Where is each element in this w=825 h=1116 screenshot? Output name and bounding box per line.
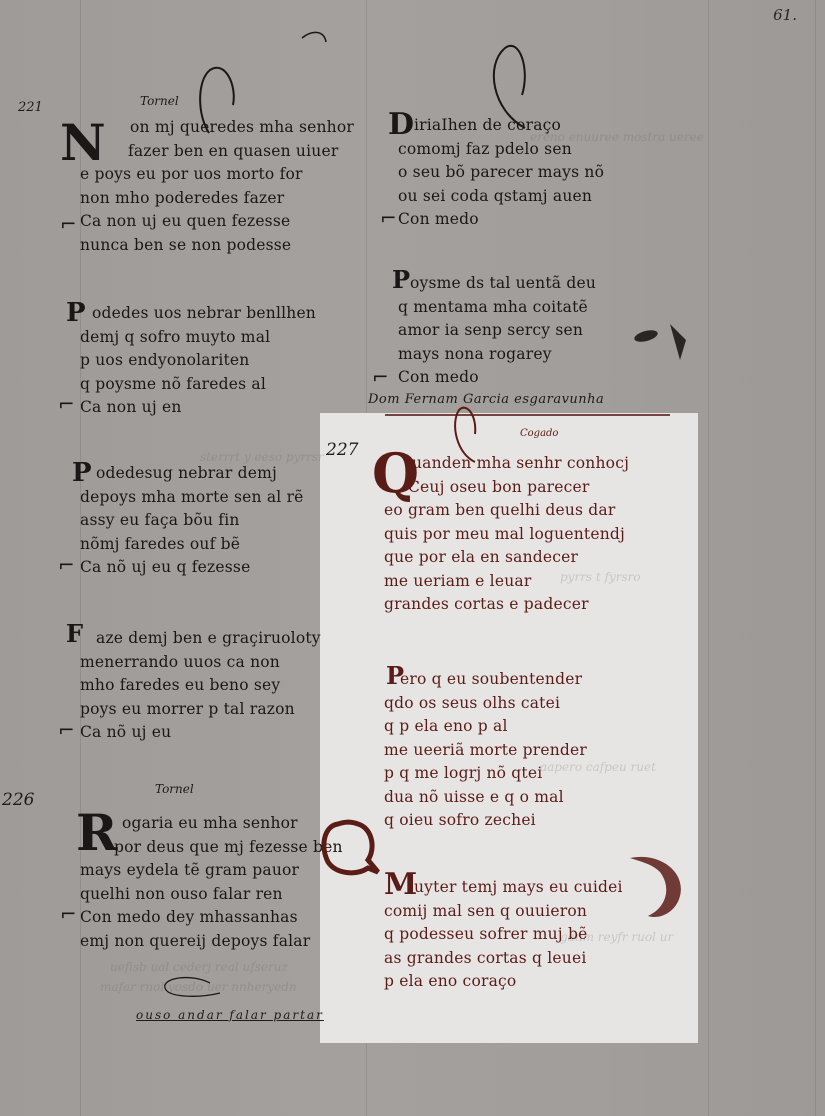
verse-line: me ueeriã morte prender <box>384 739 587 763</box>
verse-line: Ceuj oseu bon parecer <box>384 476 629 500</box>
verse-line: nõmj faredes ouf bẽ <box>80 533 304 557</box>
attribution-line: Dom Fernam Garcia esgaravunha <box>368 392 604 407</box>
verse-line: grandes cortas e padecer <box>384 593 629 617</box>
verse-line: Con medo dey mhassanhas <box>80 906 343 930</box>
verse-line: assy eu faça bõu fin <box>80 509 304 533</box>
verse-line: as grandes cortas q leuei <box>384 947 623 971</box>
verse-line: dua nõ uisse e q o mal <box>384 786 587 810</box>
verse-line: odedes uos nebrar benllhen <box>80 302 316 326</box>
verse-line: que por ela en sandecer <box>384 546 629 570</box>
verse-line: uyter temj mays eu cuidei <box>384 876 623 900</box>
refrain-mark-icon: ⌐ <box>58 553 75 577</box>
margin-rule-edge <box>815 0 816 1116</box>
refrain-mark-icon: ⌐ <box>58 392 75 416</box>
verse-line: odedesug nebrar demj <box>80 462 304 486</box>
stanza: uyter temj mays eu cuidei comij mal sen … <box>384 876 623 994</box>
verse-line: eo gram ben quelhi deus dar <box>384 499 629 523</box>
refrain-mark-icon: ⌐ <box>372 365 389 389</box>
margin-rule-right <box>708 0 709 1116</box>
stanza: odedes uos nebrar benllhen demj q sofro … <box>80 302 316 420</box>
verse-line: Ca nõ uj eu <box>80 721 321 745</box>
stanza: ogaria eu mha senhor por deus que mj fez… <box>80 812 343 953</box>
stanza: odedesug nebrar demj depoys mha morte se… <box>80 462 304 580</box>
verse-line refrain: Ca non uj eu quen fezesse <box>80 210 354 234</box>
refrain-mark-icon: ⌐ <box>58 718 75 742</box>
ink-blot-icon <box>630 318 690 363</box>
refrain-mark-icon: ⌐ <box>60 902 77 926</box>
stanza: ero q eu soubentender qdo os seus olhs c… <box>384 668 587 833</box>
verse-line: poys eu morrer p tal razon <box>80 698 321 722</box>
verse-line: ero q eu soubentender <box>384 668 587 692</box>
refrain-mark-icon: ⌐ <box>380 206 397 230</box>
verse-line: Con medo <box>398 208 604 232</box>
verse-line: oysme ds tal uentã deu <box>398 272 596 296</box>
verse-line: uanden mha senhr conhocj <box>384 452 629 476</box>
manuscript-page: ereno enuuree mostra ueree sterrrt y ees… <box>0 0 825 1116</box>
verse-line: p q me logrj nõ qtei <box>384 762 587 786</box>
verse-line: q podesseu sofrer muj bẽ <box>384 923 623 947</box>
verse-line: q mentama mha coitatẽ <box>398 296 596 320</box>
marginal-note: ouso andar falar partar <box>136 1008 324 1022</box>
verse-line: mays eydela tẽ gram pauor <box>80 859 343 883</box>
stanza: uanden mha senhr conhocj Ceuj oseu bon p… <box>384 452 629 617</box>
verse-line: ogaria eu mha senhor <box>80 812 343 836</box>
rubric-label: Cogado <box>520 428 558 439</box>
verse-line: nunca ben se non podesse <box>80 234 354 258</box>
rubric-underline <box>385 414 670 416</box>
verse-line: qdo os seus olhs catei <box>384 692 587 716</box>
verse-line: e poys eu por uos morto for <box>80 163 354 187</box>
poem-number: 226 <box>2 790 34 810</box>
verse-line: mays nona rogarey <box>398 343 596 367</box>
rubric-label: Tornel <box>155 782 194 796</box>
verse-line: q oieu sofro zechei <box>384 809 587 833</box>
verse-line: aze demj ben e graçiruoloty <box>80 627 321 651</box>
verse-line: quis por meu mal loguentendj <box>384 523 629 547</box>
stanza: aze demj ben e graçiruoloty menerrando u… <box>80 627 321 745</box>
refrain-mark-icon: ⌐ <box>60 212 77 236</box>
verse-line: Ca nõ uj eu q fezesse <box>80 556 304 580</box>
verse-line: quelhi non ouso falar ren <box>80 883 343 907</box>
verse-line: Con medo <box>398 366 596 390</box>
verse-line: emj non quereij depoys falar <box>80 930 343 954</box>
verse-line: me ueriam e leuar <box>384 570 629 594</box>
verse-line: q p ela eno p al <box>384 715 587 739</box>
verse-line: demj q sofro muyto mal <box>80 326 316 350</box>
stanza: on mj queredes mha senhor fazer ben en q… <box>80 116 354 257</box>
verse-line: amor ia senp sercy sen <box>398 319 596 343</box>
ornament-initial-icon <box>318 818 380 878</box>
verse-line: por deus que mj fezesse ben <box>80 836 343 860</box>
verse-line: q poysme nõ faredes al <box>80 373 316 397</box>
verse-line: p uos endyonolariten <box>80 349 316 373</box>
stanza: iriaIhen de coraço comomj faz pdelo sen … <box>398 114 604 232</box>
verse-line: fazer ben en quasen uiuer <box>80 140 354 164</box>
verse-line: ou sei coda qstamj auen <box>398 185 604 209</box>
verse-line: menerrando uuos ca non <box>80 651 321 675</box>
flourish-loop-icon <box>160 968 230 1003</box>
flourish-crescent-icon <box>620 852 690 922</box>
verse-line: non mho poderedes fazer <box>80 187 354 211</box>
poem-number: 227 <box>326 440 358 460</box>
verse-line: mho faredes eu beno sey <box>80 674 321 698</box>
verse-line: depoys mha morte sen al rẽ <box>80 486 304 510</box>
folio-number: 61. <box>773 6 797 24</box>
verse-line: iriaIhen de coraço <box>398 114 604 138</box>
verse-line: comomj faz pdelo sen <box>398 138 604 162</box>
verse-line: comij mal sen q ouuieron <box>384 900 623 924</box>
verse-line: Ca non uj en <box>80 396 316 420</box>
flourish-stroke-icon <box>300 28 330 48</box>
poem-number: 221 <box>18 100 43 115</box>
stanza: oysme ds tal uentã deu q mentama mha coi… <box>398 272 596 390</box>
verse-line: on mj queredes mha senhor <box>80 116 354 140</box>
verse-line: p ela eno coraço <box>384 970 623 994</box>
verse-line: o seu bõ parecer mays nõ <box>398 161 604 185</box>
rubric-label: Tornel <box>140 94 179 108</box>
